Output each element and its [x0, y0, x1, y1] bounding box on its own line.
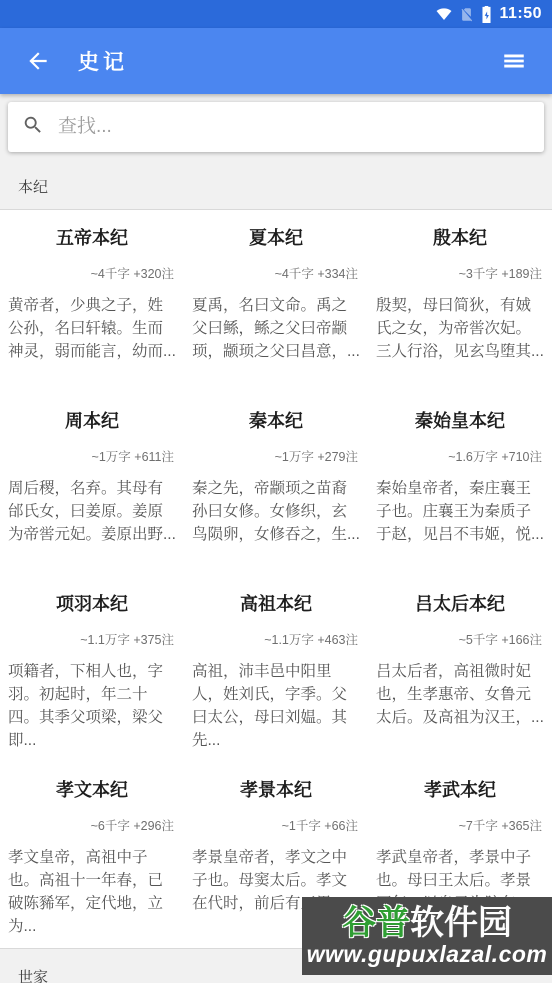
- chapter-stats: ~3千字 +189注: [376, 264, 544, 282]
- search-area: [0, 94, 552, 162]
- chapter-preview: 秦之先，帝颛顼之苗裔孙曰女修。女修织，玄鸟陨卵，女修吞之，生...: [192, 477, 360, 546]
- chapter-title: 孝文本纪: [8, 776, 176, 802]
- chapter-card[interactable]: 周本纪 ~1万字 +611注 周后稷，名弃。其母有邰氏女，曰姜原。姜原为帝喾元妃…: [0, 393, 184, 576]
- chapter-title: 项羽本纪: [8, 590, 176, 616]
- chapter-card[interactable]: 五帝本纪 ~4千字 +320注 黄帝者，少典之子，姓公孙，名曰轩辕。生而神灵，弱…: [0, 210, 184, 393]
- chapter-preview: 殷契，母曰简狄，有娀氏之女，为帝喾次妃。三人行浴，见玄鸟堕其...: [376, 294, 544, 363]
- chapter-card[interactable]: 夏本纪 ~4千字 +334注 夏禹，名曰文命。禹之父曰鲧，鲧之父曰帝颛顼，颛顼之…: [184, 210, 368, 393]
- chapter-stats: ~6千字 +296注: [8, 816, 176, 834]
- chapter-card[interactable]: 高祖本纪 ~1.1万字 +463注 高祖，沛丰邑中阳里人，姓刘氏，字季。父曰太公…: [184, 576, 368, 762]
- chapter-card[interactable]: 项羽本纪 ~1.1万字 +375注 项籍者，下相人也，字羽。初起时，年二十四。其…: [0, 576, 184, 762]
- search-icon: [22, 114, 44, 141]
- chapter-stats: ~4千字 +334注: [192, 264, 360, 282]
- chapter-card[interactable]: 秦始皇本纪 ~1.6万字 +710注 秦始皇帝者，秦庄襄王子也。庄襄王为秦质子于…: [368, 393, 552, 576]
- chapter-stats: ~7千字 +365注: [376, 816, 544, 834]
- status-bar: 11:50: [0, 0, 552, 28]
- chapter-preview: 夏禹，名曰文命。禹之父曰鲧，鲧之父曰帝颛顼，颛顼之父曰昌意，...: [192, 294, 360, 363]
- status-time: 11:50: [499, 5, 542, 23]
- chapter-stats: ~4千字 +320注: [8, 264, 176, 282]
- chapter-stats: ~1.1万字 +463注: [192, 630, 360, 648]
- section-header-benji: 本纪: [0, 162, 552, 210]
- chapter-stats: ~5千字 +166注: [376, 630, 544, 648]
- chapter-preview: 高祖，沛丰邑中阳里人，姓刘氏，字季。父曰太公，母曰刘媪。其先...: [192, 660, 360, 752]
- chapter-stats: ~1万字 +611注: [8, 447, 176, 465]
- back-arrow-icon[interactable]: [16, 39, 60, 83]
- watermark: 谷普软件园 www.gupuxlazal.com: [302, 897, 552, 975]
- chapter-preview: 秦始皇帝者，秦庄襄王子也。庄襄王为秦质子于赵，见吕不韦姬，悦...: [376, 477, 544, 546]
- chapter-card[interactable]: 秦本纪 ~1万字 +279注 秦之先，帝颛顼之苗裔孙曰女修。女修织，玄鸟陨卵，女…: [184, 393, 368, 576]
- chapter-preview: 项籍者，下相人也，字羽。初起时，年二十四。其季父项梁，梁父即...: [8, 660, 176, 752]
- chapter-title: 秦本纪: [192, 407, 360, 433]
- search-input[interactable]: [58, 116, 530, 138]
- page-title: 史记: [78, 46, 128, 76]
- chapter-stats: ~1.6万字 +710注: [376, 447, 544, 465]
- chapter-card[interactable]: 殷本纪 ~3千字 +189注 殷契，母曰简狄，有娀氏之女，为帝喾次妃。三人行浴，…: [368, 210, 552, 393]
- chapter-title: 高祖本纪: [192, 590, 360, 616]
- battery-charging-icon: [481, 6, 492, 23]
- chapter-title: 夏本纪: [192, 224, 360, 250]
- chapter-stats: ~1千字 +66注: [192, 816, 360, 834]
- chapter-preview: 黄帝者，少典之子，姓公孙，名曰轩辕。生而神灵，弱而能言，幼而...: [8, 294, 176, 363]
- chapter-preview: 孝文皇帝，高祖中子也。高祖十一年春，已破陈豨军，定代地，立为...: [8, 846, 176, 938]
- chapter-preview: 吕太后者，高祖微时妃也，生孝惠帝、女鲁元太后。及高祖为汉王，...: [376, 660, 544, 729]
- chapter-title: 殷本纪: [376, 224, 544, 250]
- chapter-title: 秦始皇本纪: [376, 407, 544, 433]
- chapter-card[interactable]: 吕太后本纪 ~5千字 +166注 吕太后者，高祖微时妃也，生孝惠帝、女鲁元太后。…: [368, 576, 552, 762]
- watermark-url: www.gupuxlazal.com: [307, 942, 548, 966]
- section-content-benji: 五帝本纪 ~4千字 +320注 黄帝者，少典之子，姓公孙，名曰轩辕。生而神灵，弱…: [0, 210, 552, 948]
- search-box[interactable]: [8, 102, 544, 152]
- chapter-title: 吕太后本纪: [376, 590, 544, 616]
- chapter-stats: ~1万字 +279注: [192, 447, 360, 465]
- chapter-title: 周本纪: [8, 407, 176, 433]
- chapter-stats: ~1.1万字 +375注: [8, 630, 176, 648]
- chapter-title: 孝武本纪: [376, 776, 544, 802]
- no-sim-icon: [459, 7, 474, 22]
- chapter-title: 孝景本纪: [192, 776, 360, 802]
- chapter-title: 五帝本纪: [8, 224, 176, 250]
- chapter-card[interactable]: 孝文本纪 ~6千字 +296注 孝文皇帝，高祖中子也。高祖十一年春，已破陈豨军，…: [0, 762, 184, 948]
- chapter-preview: 周后稷，名弃。其母有邰氏女，曰姜原。姜原为帝喾元妃。姜原出野...: [8, 477, 176, 546]
- hamburger-menu-icon[interactable]: [492, 39, 536, 83]
- chapter-grid: 五帝本纪 ~4千字 +320注 黄帝者，少典之子，姓公孙，名曰轩辕。生而神灵，弱…: [0, 210, 552, 948]
- wifi-icon: [436, 7, 452, 21]
- app-bar: 史记: [0, 28, 552, 94]
- watermark-title: 谷普软件园: [342, 906, 512, 942]
